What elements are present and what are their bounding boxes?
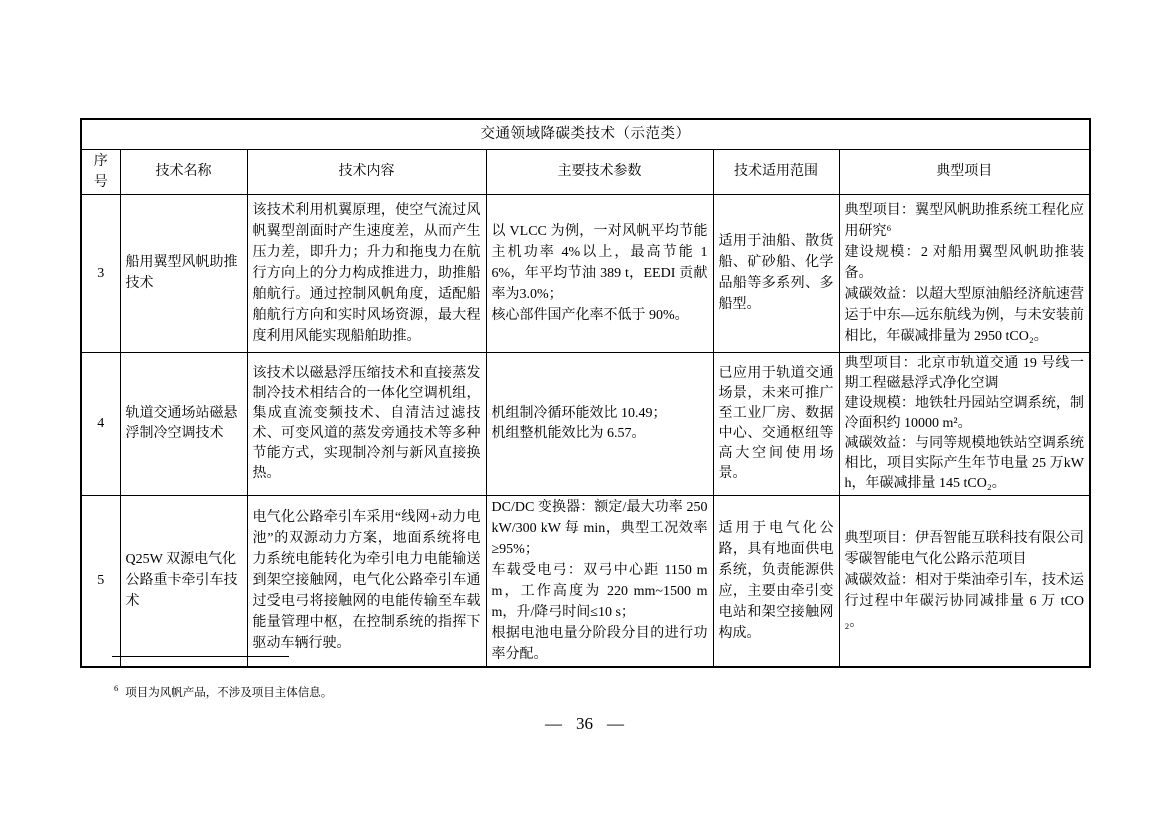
tech-table: 交通领域降碳类技术（示范类） 序号 技术名称 技术内容 主要技术参数 技术适用范… — [80, 118, 1091, 668]
cell-tech-params: 以 VLCC 为例，一对风帆平均节能主机功率 4%以上，最高节能 16%，年平均… — [486, 194, 713, 352]
cell-tech-content: 该技术利用机翼原理，使空气流过风帆翼型剖面时产生速度差，从而产生压力差，即升力；… — [247, 194, 486, 352]
page-number: —36— — [0, 714, 1169, 734]
table-row: 5 Q25W 双源电气化公路重卡牵引车技术 电气化公路牵引车采用“线网+动力电池… — [81, 495, 1090, 667]
col-header-no: 序号 — [81, 149, 120, 194]
table-row: 4 轨道交通场站磁悬浮制冷空调技术 该技术以磁悬浮压缩技术和直接蒸发制冷技术相结… — [81, 352, 1090, 495]
document-page: 交通领域降碳类技术（示范类） 序号 技术名称 技术内容 主要技术参数 技术适用范… — [0, 0, 1169, 826]
table-header-row: 序号 技术名称 技术内容 主要技术参数 技术适用范围 典型项目 — [81, 149, 1090, 194]
table-title: 交通领域降碳类技术（示范类） — [81, 119, 1090, 149]
footnote: 6项目为风帆产品，不涉及项目主体信息。 — [114, 680, 332, 701]
cell-typical-project: 典型项目：北京市轨道交通 19 号线一期工程磁悬浮式净化空调 建设规模：地铁牡丹… — [839, 352, 1090, 495]
cell-tech-content: 电气化公路牵引车采用“线网+动力电池”的双源动力方案，地面系统将电力系统电能转化… — [247, 495, 486, 667]
col-header-scope: 技术适用范围 — [713, 149, 839, 194]
cell-typical-project: 典型项目：翼型风帆助推系统工程化应用研究⁶ 建设规模：2 对船用翼型风帆助推装备… — [839, 194, 1090, 352]
cell-tech-name: 船用翼型风帆助推技术 — [120, 194, 247, 352]
page-number-value: 36 — [576, 714, 593, 733]
col-header-params: 主要技术参数 — [486, 149, 713, 194]
cell-tech-content: 该技术以磁悬浮压缩技术和直接蒸发制冷技术相结合的一体化空调机组，集成直流变频技术… — [247, 352, 486, 495]
footnote-marker: 6 — [114, 683, 118, 693]
cell-tech-scope: 适用于油船、散货船、矿砂船、化学品船等多系列、多船型。 — [713, 194, 839, 352]
footnote-text: 项目为风帆产品，不涉及项目主体信息。 — [125, 687, 332, 699]
cell-tech-scope: 已应用于轨道交通场景，未来可推广至工业厂房、数据中心、交通枢纽等高大空间使用场景… — [713, 352, 839, 495]
col-header-name: 技术名称 — [120, 149, 247, 194]
cell-tech-name: 轨道交通场站磁悬浮制冷空调技术 — [120, 352, 247, 495]
cell-tech-scope: 适用于电气化公路，具有地面供电系统，负责能源供应，主要由牵引变电站和架空接触网构… — [713, 495, 839, 667]
table-row: 3 船用翼型风帆助推技术 该技术利用机翼原理，使空气流过风帆翼型剖面时产生速度差… — [81, 194, 1090, 352]
col-header-project: 典型项目 — [839, 149, 1090, 194]
cell-no: 4 — [81, 352, 120, 495]
cell-no: 5 — [81, 495, 120, 667]
col-header-content: 技术内容 — [247, 149, 486, 194]
page-number-dash-right: — — [607, 714, 624, 733]
cell-tech-name: Q25W 双源电气化公路重卡牵引车技术 — [120, 495, 247, 667]
cell-typical-project: 典型项目：伊吾智能互联科技有限公司零碳智能电气化公路示范项目 减碳效益：相对于柴… — [839, 495, 1090, 667]
table-title-row: 交通领域降碳类技术（示范类） — [81, 119, 1090, 149]
cell-tech-params: DC/DC 变换器：额定/最大功率 250 kW/300 kW 每 min，典型… — [486, 495, 713, 667]
cell-tech-params: 机组制冷循环能效比 10.49； 机组整机能效比为 6.57。 — [486, 352, 713, 495]
footnote-separator — [112, 656, 289, 657]
page-number-dash-left: — — [545, 714, 562, 733]
cell-no: 3 — [81, 194, 120, 352]
